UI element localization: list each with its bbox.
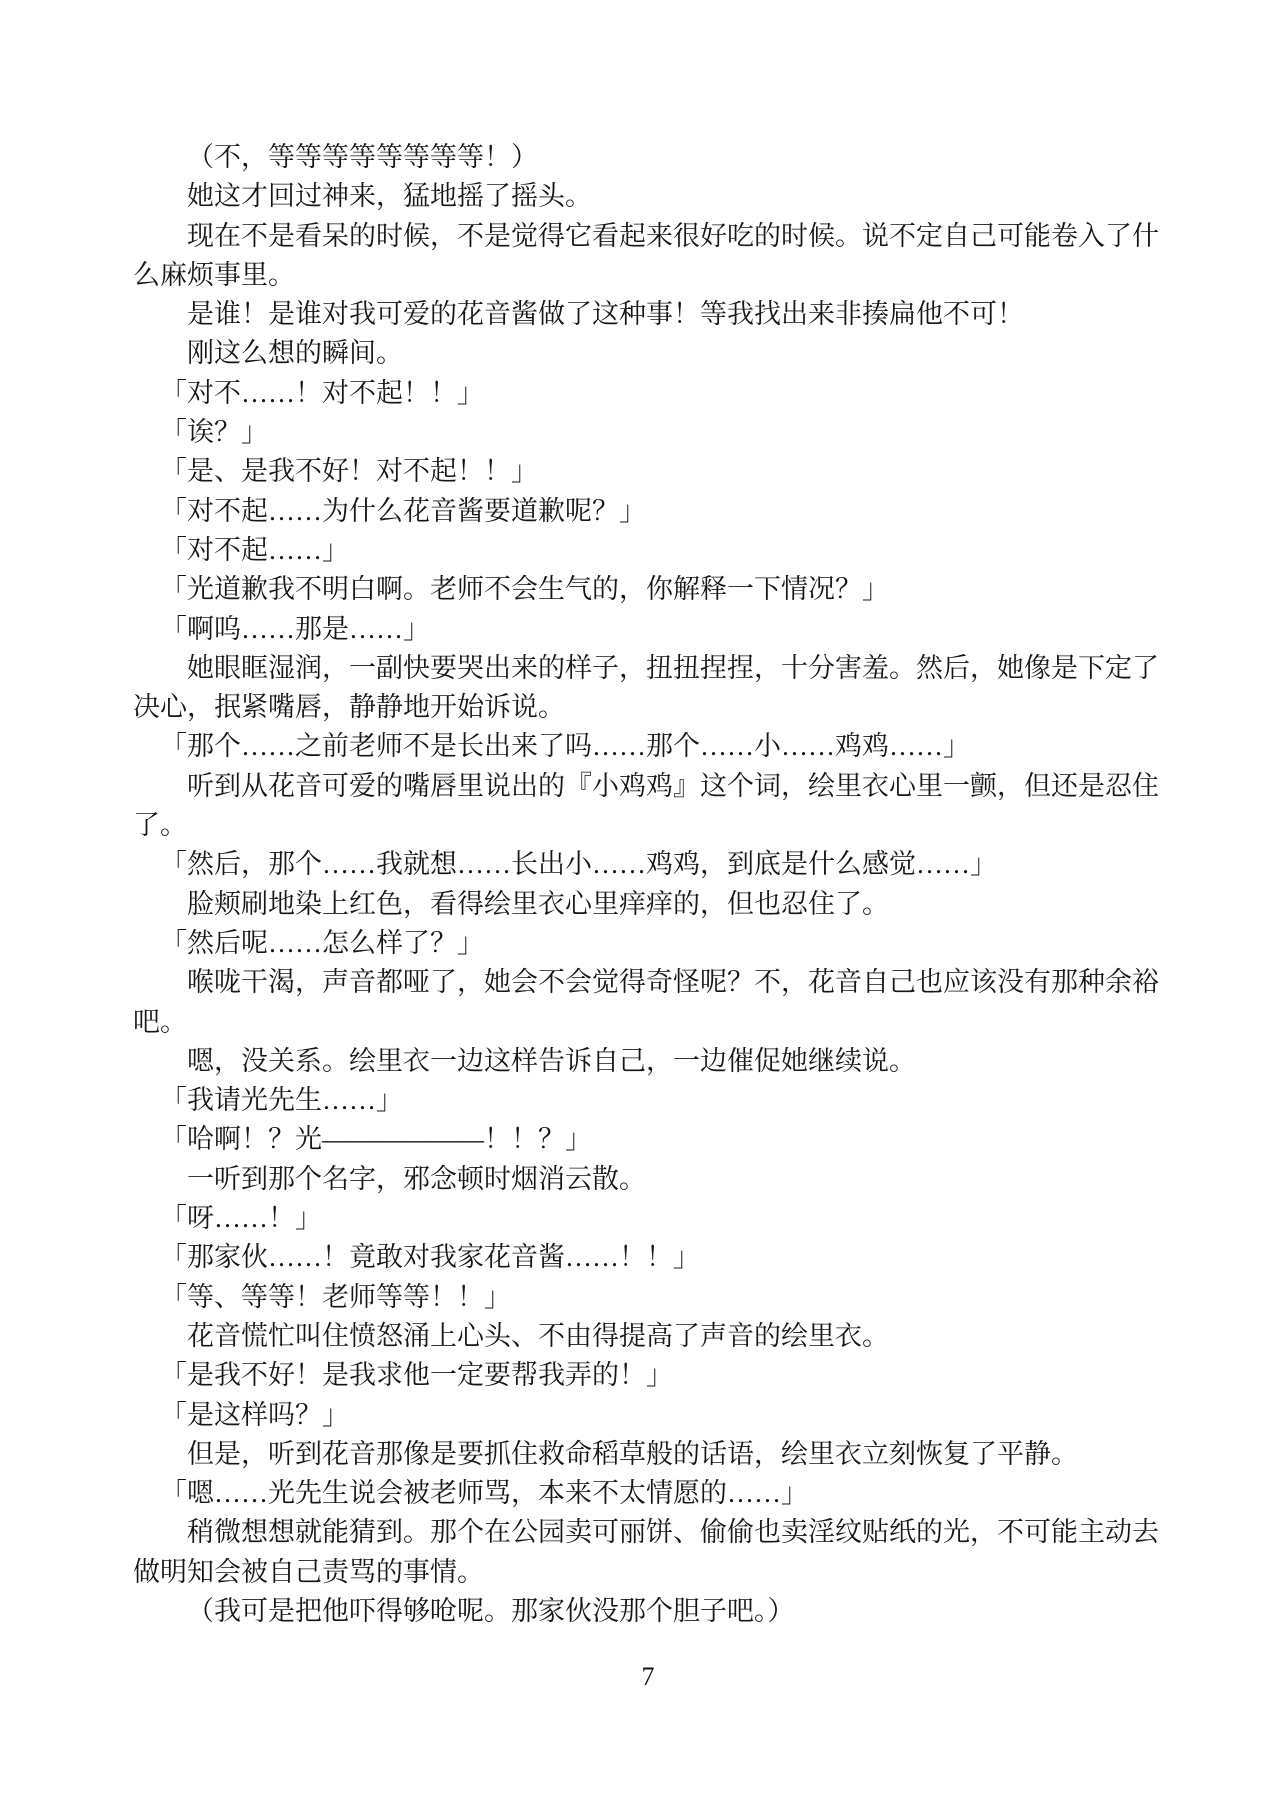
paragraph-narration: 是谁！是谁对我可爱的花音酱做了这种事！等我找出来非揍扁他不可！ (133, 295, 1163, 334)
paragraph-narration: 花音慌忙叫住愤怒涌上心头、不由得提高了声音的绘里衣。 (133, 1317, 1163, 1356)
paragraph-dialogue: 「是、是我不好！对不起！！」 (133, 452, 1163, 491)
paragraph-narration: 听到从花音可爱的嘴唇里说出的『小鸡鸡』这个词，绘里衣心里一颤，但还是忍住了。 (133, 767, 1163, 846)
paragraph-dialogue: 「哈啊！？光——————！！？」 (133, 1120, 1163, 1159)
paragraph-thought: （不，等等等等等等等等！） (133, 138, 1163, 177)
paragraph-narration: 但是，听到花音那像是要抓住救命稻草般的话语，绘里衣立刻恢复了平静。 (133, 1435, 1163, 1474)
paragraph-narration: 现在不是看呆的时候，不是觉得它看起来很好吃的时候。说不定自己可能卷入了什么麻烦事… (133, 217, 1163, 296)
paragraph-dialogue: 「等、等等！老师等等！！」 (133, 1278, 1163, 1317)
paragraph-dialogue: 「光道歉我不明白啊。老师不会生气的，你解释一下情况？」 (133, 570, 1163, 609)
paragraph-narration: 嗯，没关系。绘里衣一边这样告诉自己，一边催促她继续说。 (133, 1042, 1163, 1081)
paragraph-dialogue: 「呀……！」 (133, 1199, 1163, 1238)
paragraph-dialogue: 「对不……！对不起！！」 (133, 374, 1163, 413)
paragraph-thought: （我可是把他吓得够呛呢。那家伙没那个胆子吧。） (133, 1592, 1163, 1631)
paragraph-dialogue: 「对不起……为什么花音酱要道歉呢？」 (133, 492, 1163, 531)
paragraph-dialogue: 「对不起……」 (133, 531, 1163, 570)
paragraph-dialogue: 「诶？」 (133, 413, 1163, 452)
novel-page: { "page": { "number": "7", "paragraphs":… (0, 0, 1280, 1808)
paragraph-dialogue: 「是这样吗？」 (133, 1396, 1163, 1435)
paragraph-dialogue: 「然后，那个……我就想……长出小……鸡鸡，到底是什么感觉……」 (133, 845, 1163, 884)
paragraph-dialogue: 「然后呢……怎么样了？」 (133, 924, 1163, 963)
paragraph-dialogue: 「是我不好！是我求他一定要帮我弄的！」 (133, 1356, 1163, 1395)
paragraph-dialogue: 「我请光先生……」 (133, 1081, 1163, 1120)
paragraph-narration: 她眼眶湿润，一副快要哭出来的样子，扭扭捏捏，十分害羞。然后，她像是下定了决心，抿… (133, 649, 1163, 728)
paragraph-narration: 喉咙干渴，声音都哑了，她会不会觉得奇怪呢？不，花音自己也应该没有那种余裕吧。 (133, 963, 1163, 1042)
paragraph-dialogue: 「那个……之前老师不是长出来了吗……那个……小……鸡鸡……」 (133, 727, 1163, 766)
paragraph-dialogue: 「啊呜……那是……」 (133, 610, 1163, 649)
paragraph-narration: 脸颊刷地染上红色，看得绘里衣心里痒痒的，但也忍住了。 (133, 885, 1163, 924)
page-text-block: （不，等等等等等等等等！）她这才回过神来，猛地摇了摇头。现在不是看呆的时候，不是… (133, 138, 1163, 1631)
paragraph-dialogue: 「嗯……光先生说会被老师骂，本来不太情愿的……」 (133, 1474, 1163, 1513)
paragraph-narration: 稍微想想就能猜到。那个在公园卖可丽饼、偷偷也卖淫纹贴纸的光，不可能主动去做明知会… (133, 1513, 1163, 1592)
paragraph-narration: 刚这么想的瞬间。 (133, 334, 1163, 373)
paragraph-narration: 一听到那个名字，邪念顿时烟消云散。 (133, 1160, 1163, 1199)
paragraph-narration: 她这才回过神来，猛地摇了摇头。 (133, 177, 1163, 216)
page-number: 7 (133, 1662, 1163, 1692)
paragraph-dialogue: 「那家伙……！竟敢对我家花音酱……！！」 (133, 1238, 1163, 1277)
